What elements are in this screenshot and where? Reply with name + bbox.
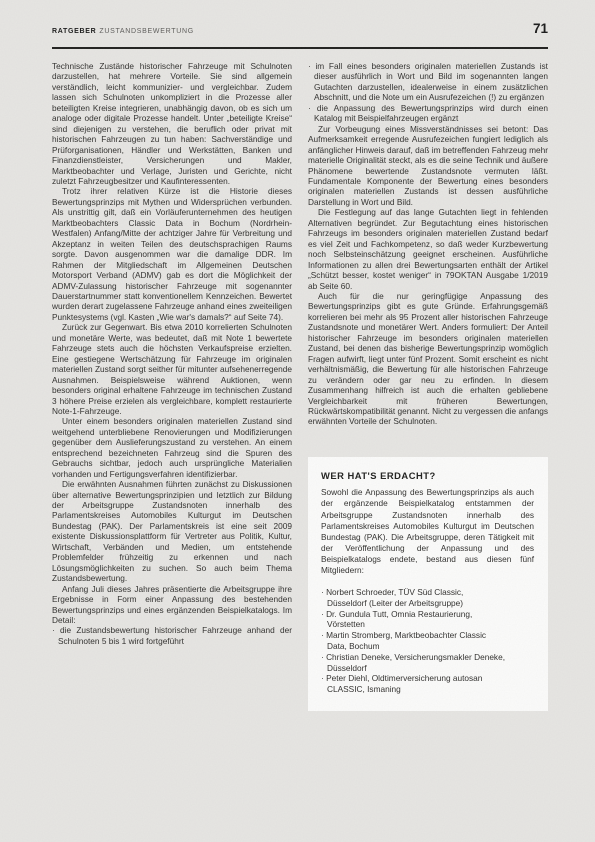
page-header: RATGEBERZUSTANDSBEWERTUNG 71 bbox=[52, 22, 548, 36]
magazine-page: RATGEBERZUSTANDSBEWERTUNG 71 Technische … bbox=[0, 0, 595, 842]
paragraph: Zur Vorbeugung eines Missverständnisses … bbox=[308, 124, 548, 208]
member-item: · Christian Deneke, Versicherungsmakler … bbox=[321, 652, 505, 674]
paragraph: Auch für die nur geringfügige Anpassung … bbox=[308, 291, 548, 427]
page-number: 71 bbox=[533, 22, 548, 36]
box-title: WER HAT'S ERDACHT? bbox=[321, 471, 534, 481]
right-column-text: · im Fall eines besonders originalen mat… bbox=[308, 61, 548, 427]
article-body: Technische Zustände historischer Fahrzeu… bbox=[52, 61, 548, 711]
left-column: Technische Zustände historischer Fahrzeu… bbox=[52, 61, 292, 711]
member-item: · Norbert Schroeder, TÜV Süd Classic, Dü… bbox=[321, 587, 505, 609]
header-rule bbox=[52, 47, 548, 49]
left-column-text: Technische Zustände historischer Fahrzeu… bbox=[52, 61, 292, 646]
kicker-label: RATGEBER bbox=[52, 28, 96, 35]
paragraph: Technische Zustände historischer Fahrzeu… bbox=[52, 61, 292, 186]
box-intro: Sowohl die Anpassung des Bewertungsprinz… bbox=[321, 487, 534, 576]
paragraph: Zurück zur Gegenwart. Bis etwa 2010 korr… bbox=[52, 322, 292, 416]
sidebar-box: WER HAT'S ERDACHT? Sowohl die Anpassung … bbox=[308, 457, 548, 711]
paragraph: Die erwähnten Ausnahmen führten zunächst… bbox=[52, 479, 292, 584]
paragraph: Trotz ihrer relativen Kürze ist die Hist… bbox=[52, 186, 292, 322]
paragraph: Die Festlegung auf das lange Gutachten l… bbox=[308, 207, 548, 291]
bullet-item: · im Fall eines besonders originalen mat… bbox=[308, 61, 548, 103]
paragraph: Unter einem besonders originalen materie… bbox=[52, 416, 292, 479]
bullet-item: · die Anpassung des Bewertungsprinzips w… bbox=[308, 103, 548, 124]
member-item: · Dr. Gundula Tutt, Omnia Restaurierung,… bbox=[321, 609, 505, 631]
member-item: · Martin Stromberg, Marktbeobachter Clas… bbox=[321, 630, 505, 652]
bullet-item: · die Zustandsbewertung historischer Fah… bbox=[52, 625, 292, 646]
right-column: · im Fall eines besonders originalen mat… bbox=[308, 61, 548, 711]
member-item: · Peter Diehl, Oldtimerversicherung auto… bbox=[321, 673, 505, 695]
box-member-list: · Norbert Schroeder, TÜV Süd Classic, Dü… bbox=[321, 587, 534, 695]
paragraph: Anfang Juli dieses Jahres präsentierte d… bbox=[52, 584, 292, 626]
kicker-topic: ZUSTANDSBEWERTUNG bbox=[99, 28, 193, 35]
section-kicker: RATGEBERZUSTANDSBEWERTUNG bbox=[52, 28, 194, 35]
